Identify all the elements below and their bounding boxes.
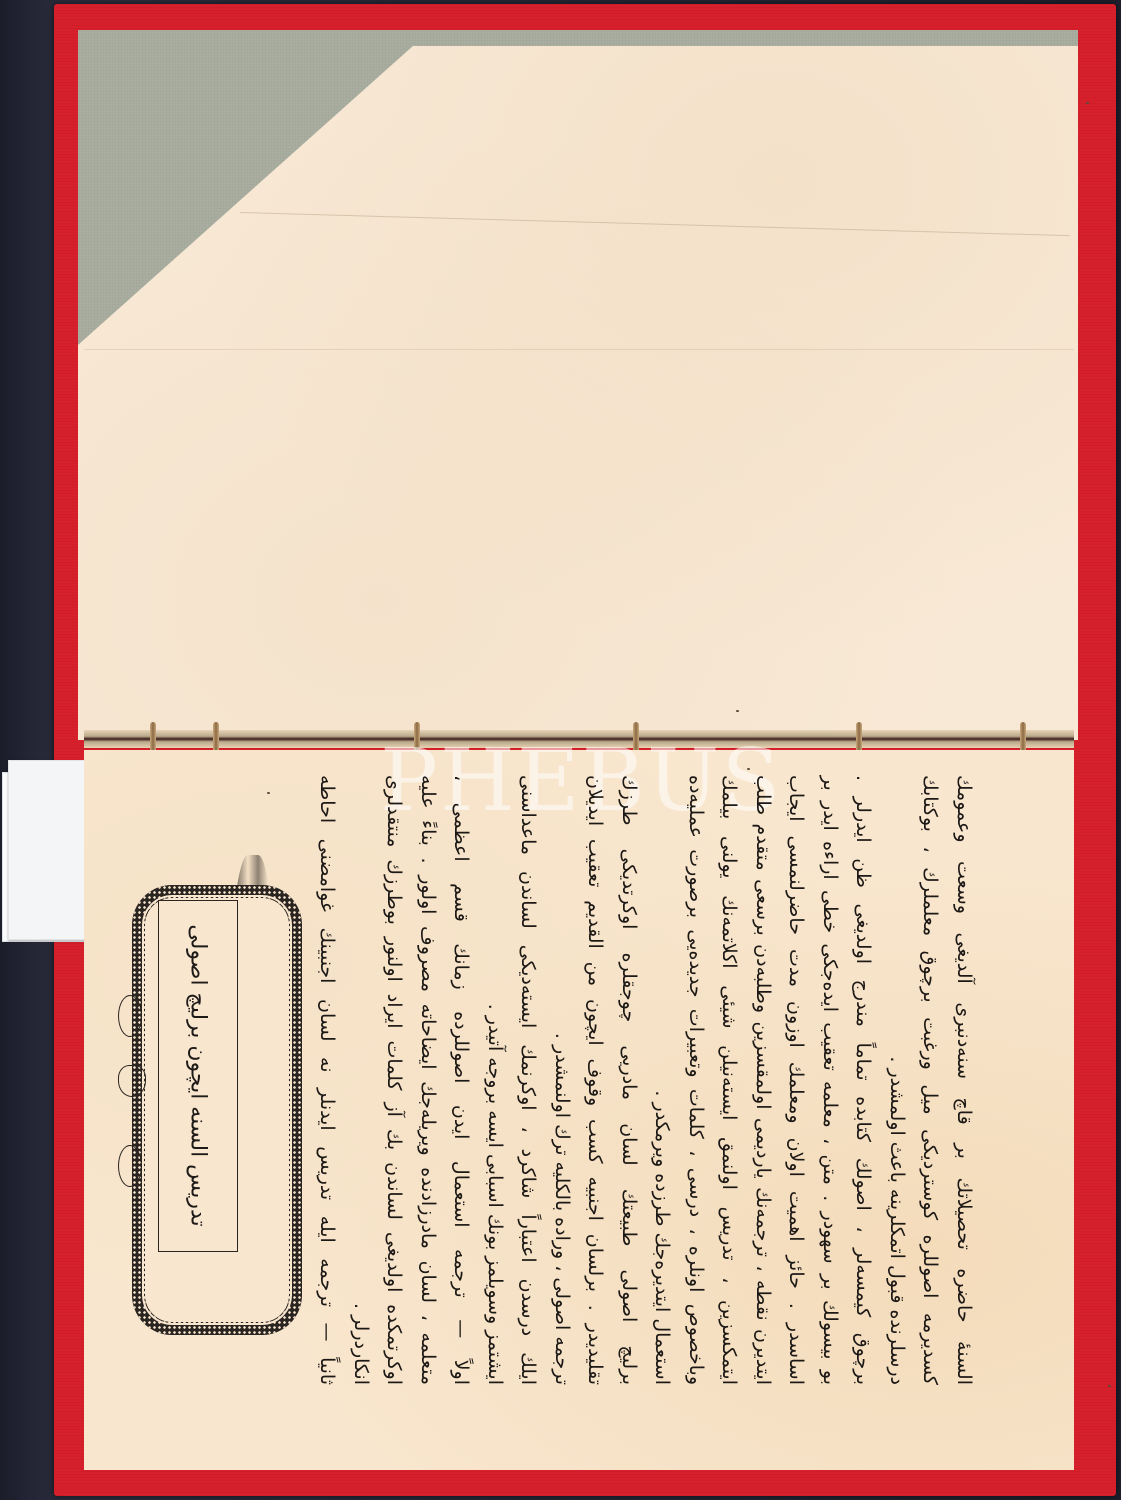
chapter-title-text: تدریس السنه ایچون برلیچ اصولی <box>186 924 211 1226</box>
flower-bud-ornament-icon <box>118 1065 146 1097</box>
text-line: تقلیدیدر . برلسان اجنبیه كسب وقوف ایچون … <box>578 775 612 1385</box>
title-cartouche: تدریس السنه ایچون برلیچ اصولی <box>118 845 298 1350</box>
text-line: وباخصوص اونلره ، درسی ، كلمات وتعبیرات ج… <box>679 775 713 1385</box>
text-line: ایتدیرن نقطه ، ترجمه‌نك یاردیمی اولمقسزی… <box>746 775 780 1385</box>
body-text-block: السنهٔ حاضره تحصیلاتك بر قاچ سنه‌دنبری آ… <box>300 775 980 1385</box>
paper-crease <box>84 349 1074 350</box>
text-line: ایلك درسدن اعتباراً شاكرد ، اوكرنمك ایست… <box>511 775 545 1385</box>
text-line: استعمال ایتدیره‌جك طرزده ویرمكدر . <box>645 775 679 1385</box>
paper-slip-bookmark <box>8 760 86 940</box>
chapter-title: تدریس السنه ایچون برلیچ اصولی <box>162 905 234 1245</box>
text-line: ثانیاً — ترجمه ایله تدریس ایدنلر نه لسان… <box>310 775 344 1385</box>
text-line: اساسدر . حائز اهمیت اولان ومعلمك اوزون م… <box>779 775 813 1385</box>
text-line: ترجمه اصولی ، وراده بالكلیه ترك اولنمشدر… <box>545 775 579 1385</box>
text-line: السنهٔ حاضره تحصیلاتك بر قاچ سنه‌دنبری آ… <box>947 775 981 1385</box>
text-line: كسدیرمه اصوللره كوستردیكی میل ورغبت برچو… <box>913 775 947 1385</box>
text-line: اوكرتمكده اولدیغی لساندن بك آز كلمات ایر… <box>377 775 411 1385</box>
text-line: اولاً — ترجمه استعمال ایدن اصوللرده زمان… <box>444 775 478 1385</box>
flourish-ornament-icon <box>118 1145 142 1187</box>
text-line: درسلرنده قبول اتمكلرینه باعث اولمشدر . <box>880 775 914 1385</box>
text-line: انكاردرلر . <box>344 775 378 1385</box>
text-line: ایتمكسزین ، تدریس اولنمق ایسته‌نیلن شیئی… <box>712 775 746 1385</box>
flourish-ornament-icon <box>118 995 142 1037</box>
text-line: برچوق كیمسه‌لر ، اصولك كتابده تماماً مند… <box>846 775 880 1385</box>
text-line: متعلمه ، لسان مادرزادنده ویریله‌جك ایضاح… <box>411 775 445 1385</box>
text-line: ایشتمز وسویلمز بونك اسبابی ایسه بروجه آت… <box>478 775 512 1385</box>
text-line: بو بیسولك بر سهودر . متن ، معلمه تعقیب ا… <box>813 775 847 1385</box>
text-line: برلیچ اصولی طبیعتك لسان مادریی چوجقلره ا… <box>612 775 646 1385</box>
